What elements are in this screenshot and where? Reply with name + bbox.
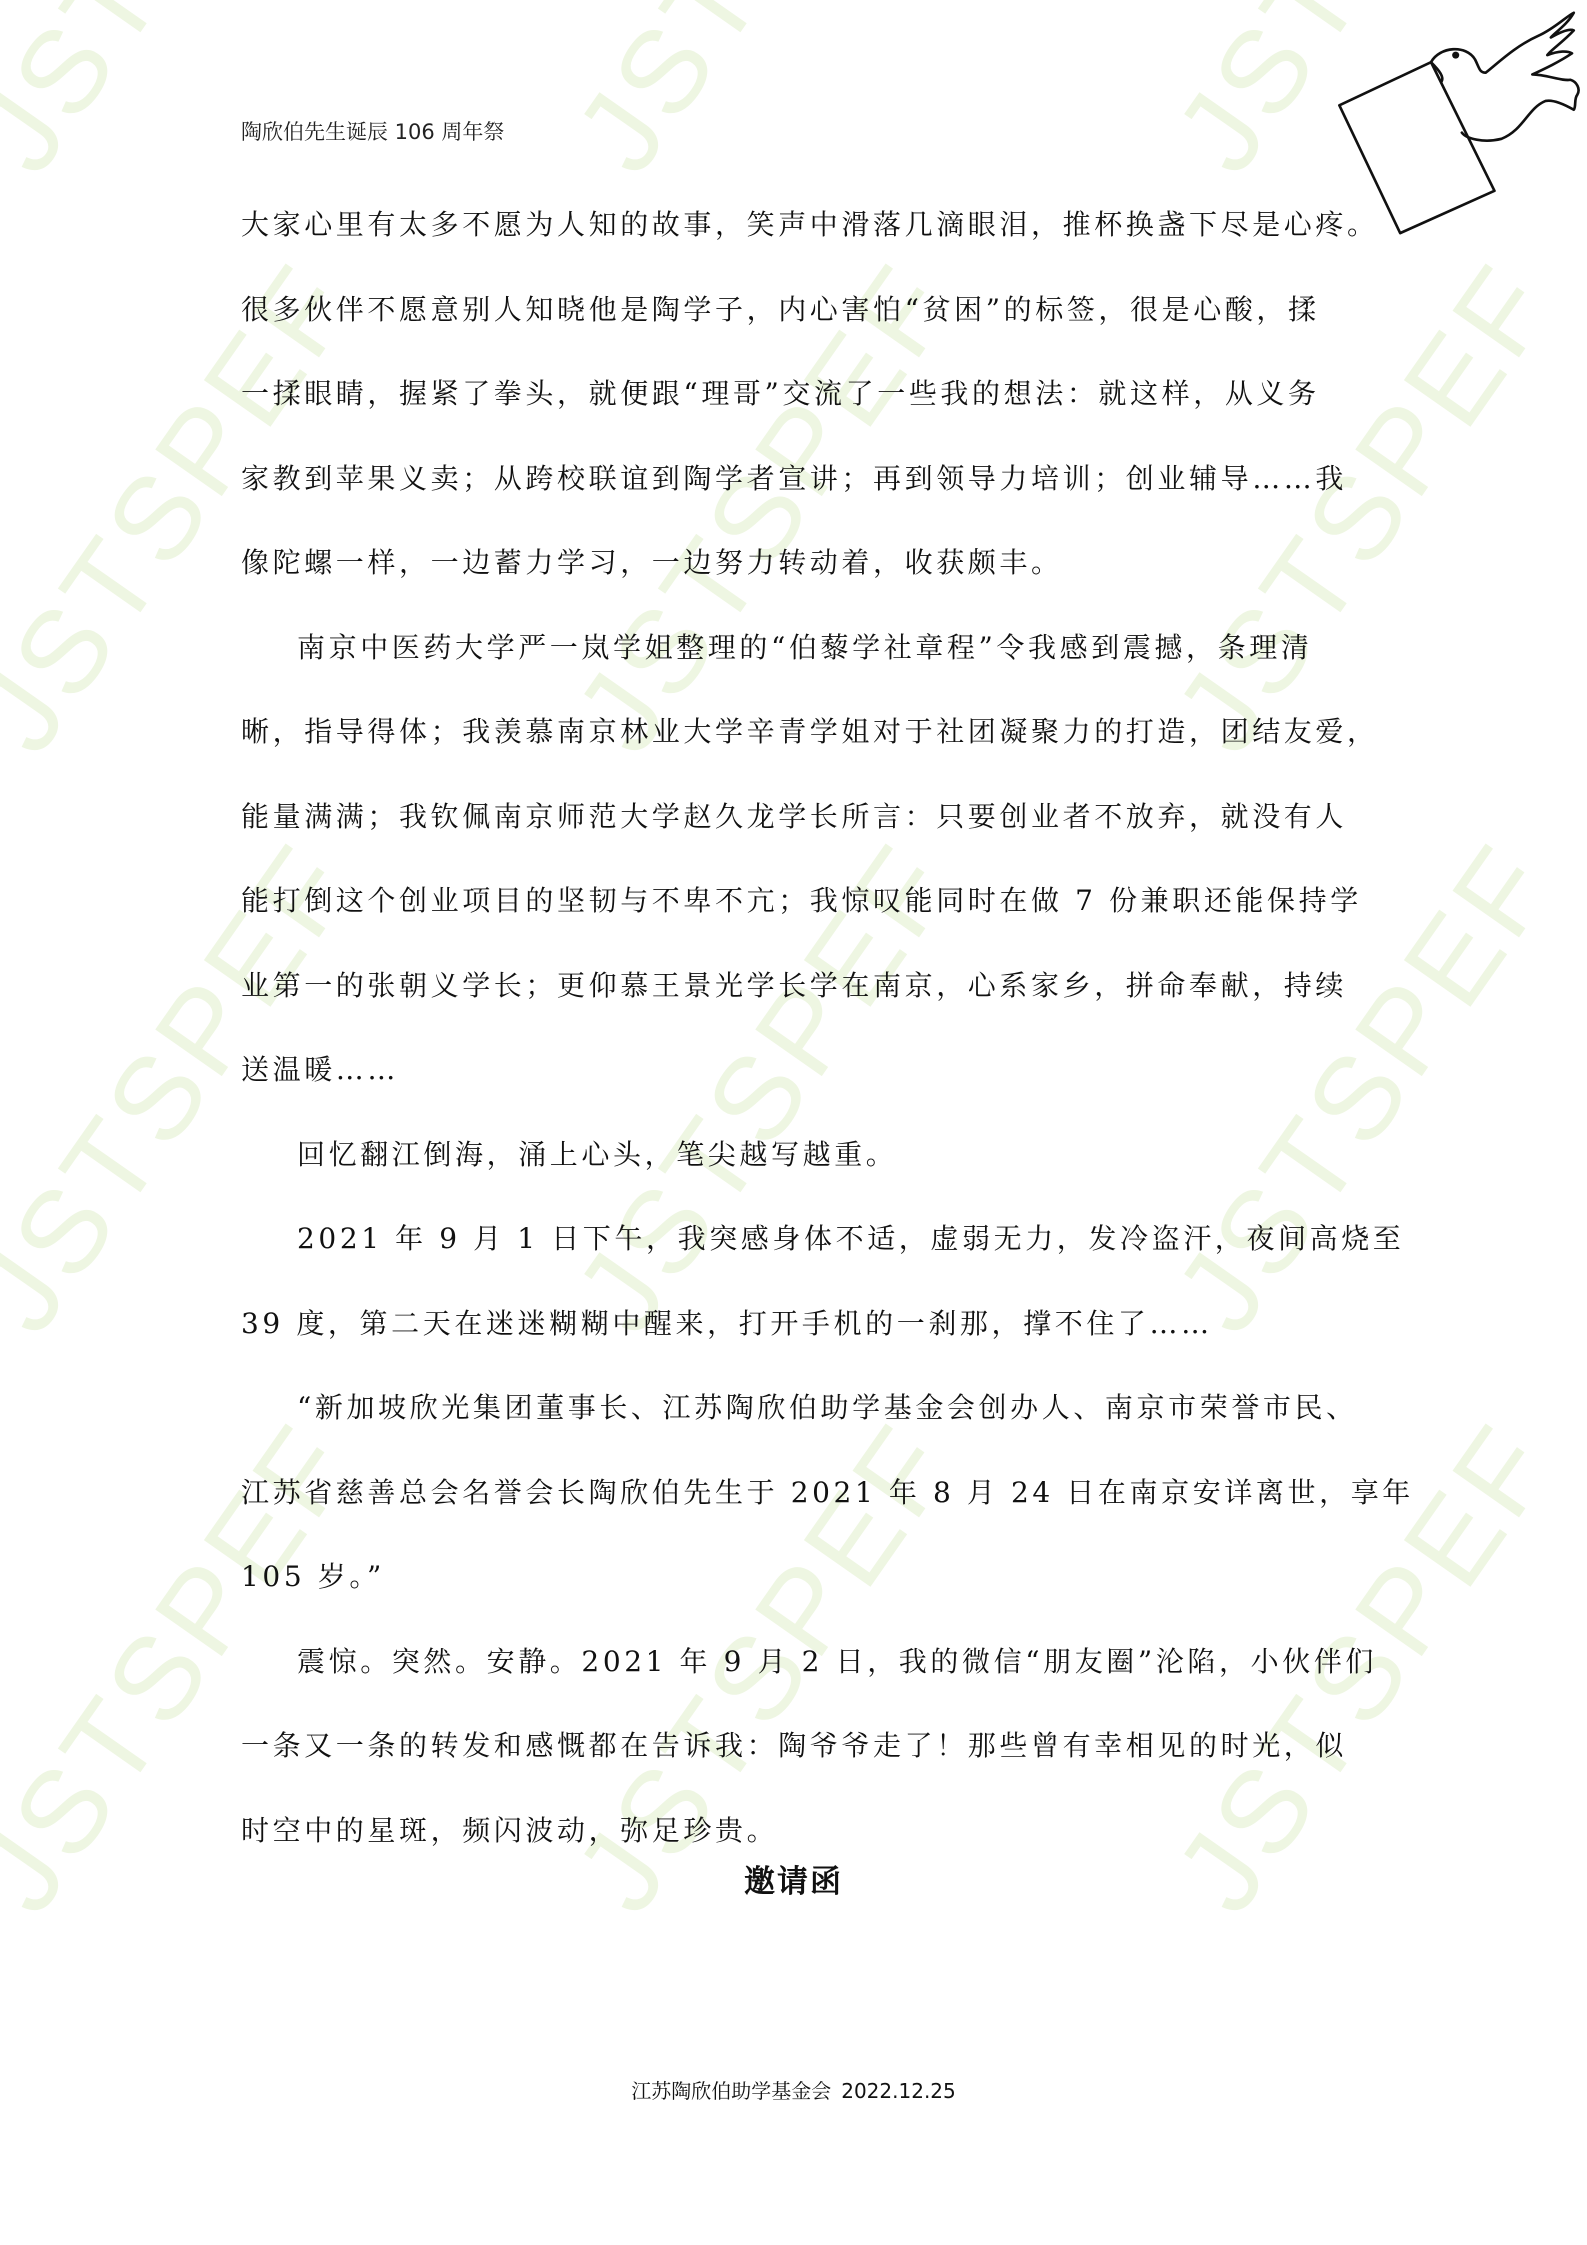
text-line: 送温暖…… — [241, 1045, 1346, 1130]
text-line: 2021 年 9 月 1 日下午，我突感身体不适，虚弱无力，发冷盗汗，夜间高烧至 — [241, 1214, 1346, 1299]
text-line: 像陀螺一样，一边蓄力学习，一边努力转动着，收获颇丰。 — [241, 538, 1346, 623]
text-line: “新加坡欣光集团董事长、江苏陶欣伯助学基金会创办人、南京市荣誉市民、 — [241, 1383, 1346, 1468]
text-line: 业第一的张朝义学长；更仰慕王景光学长学在南京，心系家乡，拼命奉献，持续 — [241, 961, 1346, 1046]
text-line: 一条又一条的转发和感慨都在告诉我：陶爷爷走了！那些曾有幸相见的时光，似 — [241, 1721, 1346, 1806]
watermark: JSTSPEF — [549, 0, 982, 196]
text-line: 105 岁。” — [241, 1552, 1346, 1637]
text-line: 南京中医药大学严一岚学姐整理的“伯藜学社章程”令我感到震撼，条理清 — [241, 623, 1346, 708]
document-page: JSTSPEF JSTSPEF JSTSPEF JSTSPEF JSTSPEF … — [0, 0, 1587, 2245]
text-line: 晰，指导得体；我羡慕南京林业大学辛青学姐对于社团凝聚力的打造，团结友爱， — [241, 707, 1346, 792]
text-line: 能打倒这个创业项目的坚韧与不卑不亢；我惊叹能同时在做 7 份兼职还能保持学 — [241, 876, 1346, 961]
section-title: 邀请函 — [0, 1856, 1587, 1901]
text-line: 家教到苹果义卖；从跨校联谊到陶学者宣讲；再到领导力培训；创业辅导……我 — [241, 454, 1346, 539]
text-line: 39 度，第二天在迷迷糊糊中醒来，打开手机的一刹那，撑不住了…… — [241, 1299, 1346, 1384]
text-line: 江苏省慈善总会名誉会长陶欣伯先生于 2021 年 8 月 24 日在南京安详离世… — [241, 1468, 1346, 1553]
footer-date: 2022.12.25 — [841, 2079, 956, 2103]
running-header: 陶欣伯先生诞辰 106 周年祭 — [241, 116, 504, 146]
text-line: 大家心里有太多不愿为人知的故事，笑声中滑落几滴眼泪，推杯换盏下尽是心疼。 — [241, 200, 1346, 285]
text-line: 一揉眼睛，握紧了拳头，就便跟“理哥”交流了一些我的想法：就这样，从义务 — [241, 369, 1346, 454]
text-line: 很多伙伴不愿意别人知晓他是陶学子，内心害怕“贫困”的标签，很是心酸，揉 — [241, 285, 1346, 370]
footer-organization: 江苏陶欣伯助学基金会 — [631, 2079, 831, 2103]
text-line: 回忆翻江倒海，涌上心头，笔尖越写越重。 — [241, 1130, 1346, 1215]
footer: 江苏陶欣伯助学基金会2022.12.25 — [0, 2075, 1587, 2104]
text-line: 震惊。突然。安静。2021 年 9 月 2 日，我的微信“朋友圈”沦陷，小伙伴们 — [241, 1637, 1346, 1722]
text-line: 能量满满；我钦佩南京师范大学赵久龙学长所言：只要创业者不放弃，就没有人 — [241, 792, 1346, 877]
watermark: JSTSPEF — [0, 0, 381, 196]
body-text: 大家心里有太多不愿为人知的故事，笑声中滑落几滴眼泪，推杯换盏下尽是心疼。 很多伙… — [241, 200, 1346, 1890]
